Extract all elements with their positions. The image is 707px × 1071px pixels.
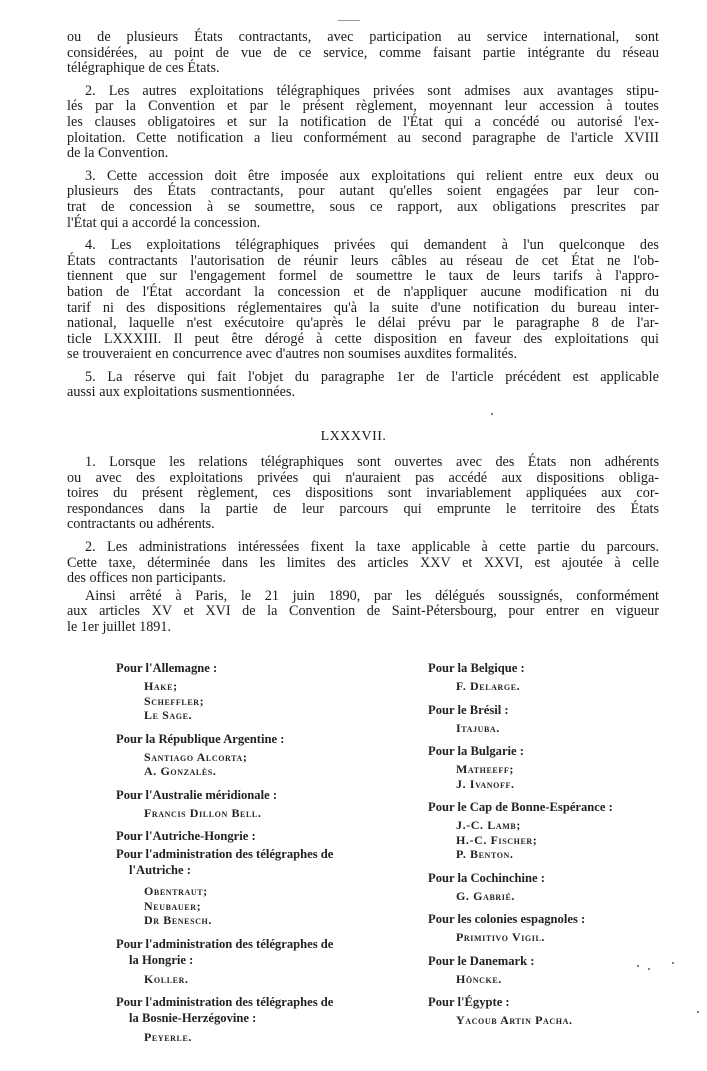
signature-group-bosnie-herzegovine: Pour l'administration des télégraphes de… bbox=[116, 994, 406, 1045]
text-line: tiennent que sur l'engagement formel de … bbox=[67, 269, 659, 285]
country-label: Pour l'administration des télégraphes de… bbox=[116, 846, 406, 878]
signer-name: Koller. bbox=[116, 972, 406, 987]
scan-speck bbox=[697, 1011, 699, 1013]
document-page: ou de plusieurs États contractants, avec… bbox=[0, 0, 707, 1071]
text-line: toires du présent règlement, ces disposi… bbox=[67, 486, 659, 502]
paragraph-3: 3. Cette accession doit être imposée aux… bbox=[67, 169, 659, 231]
text-line: respondances dans la partie de leur parc… bbox=[67, 502, 659, 518]
signer-name: Peyerle. bbox=[116, 1030, 406, 1045]
scan-speck bbox=[672, 962, 674, 964]
text-line: 4. Les exploitations télégraphiques priv… bbox=[67, 238, 659, 254]
country-label-line2: l'Autriche : bbox=[116, 862, 406, 878]
country-label-line2: la Bosnie-Herzégovine : bbox=[116, 1010, 406, 1026]
continuation-paragraph: ou de plusieurs États contractants, avec… bbox=[67, 30, 659, 77]
country-label-line1: Pour l'administration des télégraphes de bbox=[116, 937, 333, 951]
text-line: aux articles XV et XVI de la Convention … bbox=[67, 604, 659, 620]
text-line: ou avec des exploitations privées qui n'… bbox=[67, 471, 659, 487]
scan-speck bbox=[648, 968, 650, 970]
country-label: Pour l'Égypte : bbox=[428, 994, 688, 1010]
signature-group-bulgarie: Pour la Bulgarie : Matheeff; J. Ivanoff. bbox=[428, 743, 688, 791]
signer-name: G. Gabrié. bbox=[428, 889, 688, 904]
country-label: Pour l'administration des télégraphes de… bbox=[116, 994, 406, 1026]
scan-speck bbox=[637, 965, 639, 967]
country-label: Pour l'Australie méridionale : bbox=[116, 787, 406, 803]
text-line: de la Convention. bbox=[67, 146, 659, 162]
article-heading: LXXXVII. bbox=[0, 429, 707, 445]
paragraph-2: 2. Les autres exploitations télégraphiqu… bbox=[67, 84, 659, 162]
text-line: télégraphique de ces États. bbox=[67, 61, 659, 77]
country-label: Pour l'administration des télégraphes de… bbox=[116, 936, 406, 968]
text-line: 2. Les autres exploitations télégraphiqu… bbox=[67, 84, 659, 100]
country-label: Pour le Brésil : bbox=[428, 702, 688, 718]
country-label: Pour le Cap de Bonne-Espérance : bbox=[428, 799, 688, 815]
signature-group-australie: Pour l'Australie méridionale : Francis D… bbox=[116, 787, 406, 821]
signature-group-argentine: Pour la République Argentine : Santiago … bbox=[116, 731, 406, 779]
text-line: considérées, au point de vue de ce servi… bbox=[67, 46, 659, 62]
country-label-line1: Pour l'administration des télégraphes de bbox=[116, 847, 333, 861]
text-line: 5. La réserve qui fait l'objet du paragr… bbox=[67, 370, 659, 386]
signer-name: Francis Dillon Bell. bbox=[116, 806, 406, 821]
text-line: 3. Cette accession doit être imposée aux… bbox=[67, 169, 659, 185]
article-lxxxvii-body: 1. Lorsque les relations télégraphiques … bbox=[67, 455, 659, 643]
article-lxxxvi-body: ou de plusieurs États contractants, avec… bbox=[67, 30, 659, 408]
signer-name: Santiago Alcorta; bbox=[116, 750, 406, 765]
text-line: tarif ni des dispositions réglementaires… bbox=[67, 301, 659, 317]
text-line: États contractants l'autorisation de réu… bbox=[67, 254, 659, 270]
signatures-left-column: Pour l'Allemagne : Hake; Scheffler; Le S… bbox=[116, 660, 406, 1053]
signature-group-allemagne: Pour l'Allemagne : Hake; Scheffler; Le S… bbox=[116, 660, 406, 723]
text-line: aussi aux exploitations susmentionnées. bbox=[67, 385, 659, 401]
signer-name: P. Benton. bbox=[428, 847, 688, 862]
signer-name: J.-C. Lamb; bbox=[428, 818, 688, 833]
text-line: 2. Les administrations intéressées fixen… bbox=[67, 540, 659, 556]
signer-name: Neubauer; bbox=[116, 899, 406, 914]
text-line: plusieurs des États contractants, pour a… bbox=[67, 184, 659, 200]
paragraph-1: 1. Lorsque les relations télégraphiques … bbox=[67, 455, 659, 533]
paragraph-4: 4. Les exploitations télégraphiques priv… bbox=[67, 238, 659, 363]
signature-group-autriche-hongrie: Pour l'Autriche-Hongrie : bbox=[116, 828, 406, 844]
text-line: le 1er juillet 1891. bbox=[67, 620, 659, 636]
signer-name: A. Gonzalès. bbox=[116, 764, 406, 779]
country-label: Pour la Bulgarie : bbox=[428, 743, 688, 759]
signer-name: Yacoub Artin Pacha. bbox=[428, 1013, 688, 1028]
country-label: Pour les colonies espagnoles : bbox=[428, 911, 688, 927]
signer-name: Le Sage. bbox=[116, 708, 406, 723]
text-line: ticle LXXXIII. Il peut être dérogé à cet… bbox=[67, 332, 659, 348]
text-line: se trouveraient en concurrence avec d'au… bbox=[67, 347, 659, 363]
signer-name: Hake; bbox=[116, 679, 406, 694]
page-top-mark bbox=[338, 20, 360, 21]
scan-speck bbox=[491, 413, 493, 415]
signer-name: Obentraut; bbox=[116, 884, 406, 899]
text-line: contractants ou adhérents. bbox=[67, 517, 659, 533]
country-label-line1: Pour l'administration des télégraphes de bbox=[116, 995, 333, 1009]
signature-group-belgique: Pour la Belgique : F. Delarge. bbox=[428, 660, 688, 694]
country-label: Pour le Danemark : bbox=[428, 953, 688, 969]
signer-name: Scheffler; bbox=[116, 694, 406, 709]
text-line: lés par la Convention et par le présent … bbox=[67, 99, 659, 115]
signature-group-egypte: Pour l'Égypte : Yacoub Artin Pacha. bbox=[428, 994, 688, 1028]
signer-name: H.-C. Fischer; bbox=[428, 833, 688, 848]
signer-name: J. Ivanoff. bbox=[428, 777, 688, 792]
text-line: l'État qui a accordé la concession. bbox=[67, 216, 659, 232]
closing-paragraph: Ainsi arrêté à Paris, le 21 juin 1890, p… bbox=[67, 589, 659, 636]
signature-group-cochinchine: Pour la Cochinchine : G. Gabrié. bbox=[428, 870, 688, 904]
country-label: Pour l'Allemagne : bbox=[116, 660, 406, 676]
text-line: des offices non participants. bbox=[67, 571, 659, 587]
signature-group-colonies-espagnoles: Pour les colonies espagnoles : Primitivo… bbox=[428, 911, 688, 945]
signature-group-bresil: Pour le Brésil : Itajuba. bbox=[428, 702, 688, 736]
paragraph-2: 2. Les administrations intéressées fixen… bbox=[67, 540, 659, 587]
text-line: trat de concession à se soumettre, sous … bbox=[67, 200, 659, 216]
signer-name: Primitivo Vigil. bbox=[428, 930, 688, 945]
signer-name: Dr Benesch. bbox=[116, 913, 406, 928]
text-line: bation de l'État accordant la concession… bbox=[67, 285, 659, 301]
signature-group-hongrie: Pour l'administration des télégraphes de… bbox=[116, 936, 406, 987]
signer-name: Itajuba. bbox=[428, 721, 688, 736]
text-line: national, laquelle n'est exécutoire qu'a… bbox=[67, 316, 659, 332]
country-label: Pour la République Argentine : bbox=[116, 731, 406, 747]
signatures-right-column: Pour la Belgique : F. Delarge. Pour le B… bbox=[428, 660, 688, 1036]
text-line: les clauses obligatoires et sur la notif… bbox=[67, 115, 659, 131]
text-line: ploitation. Cette notification a lieu co… bbox=[67, 131, 659, 147]
text-line: 1. Lorsque les relations télégraphiques … bbox=[67, 455, 659, 471]
signature-group-autriche: Pour l'administration des télégraphes de… bbox=[116, 846, 406, 928]
signature-group-cap-bonne-esperance: Pour le Cap de Bonne-Espérance : J.-C. L… bbox=[428, 799, 688, 862]
country-label: Pour l'Autriche-Hongrie : bbox=[116, 828, 406, 844]
country-label: Pour la Cochinchine : bbox=[428, 870, 688, 886]
text-line: Ainsi arrêté à Paris, le 21 juin 1890, p… bbox=[67, 589, 659, 605]
paragraph-5: 5. La réserve qui fait l'objet du paragr… bbox=[67, 370, 659, 401]
text-line: ou de plusieurs États contractants, avec… bbox=[67, 30, 659, 46]
signer-name: F. Delarge. bbox=[428, 679, 688, 694]
text-line: Cette taxe, déterminée dans les limites … bbox=[67, 556, 659, 572]
signer-name: Höncke. bbox=[428, 972, 688, 987]
country-label-line2: la Hongrie : bbox=[116, 952, 406, 968]
country-label: Pour la Belgique : bbox=[428, 660, 688, 676]
signer-name: Matheeff; bbox=[428, 762, 688, 777]
